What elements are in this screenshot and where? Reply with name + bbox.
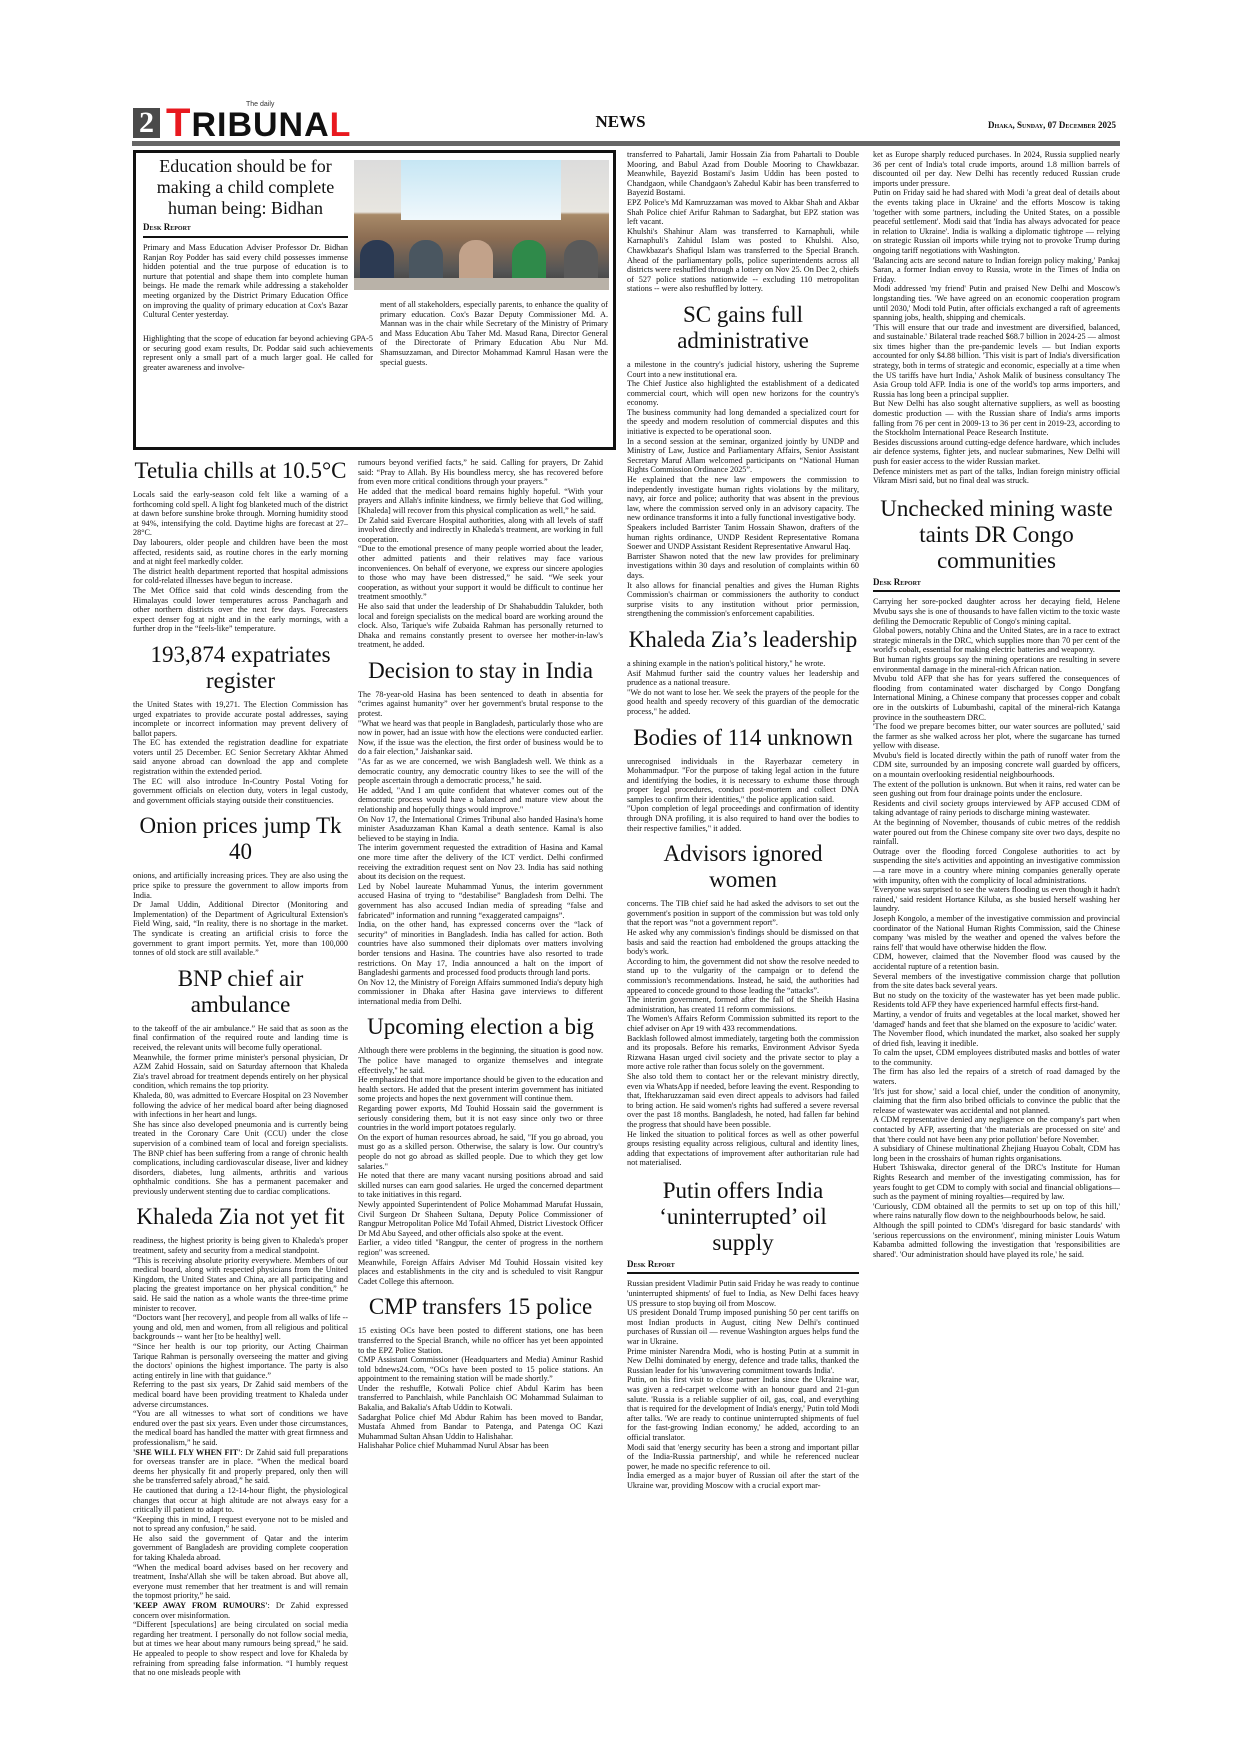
- headline: Advisors ignored women: [627, 841, 859, 893]
- headline: Education should be for making a child c…: [143, 156, 348, 219]
- lead-story-p3: ment of all stakeholders, especially par…: [380, 300, 608, 367]
- article-election: Although there were problems in the begi…: [358, 1046, 603, 1286]
- article-putin: Russian president Vladimir Putin said Fr…: [627, 1279, 859, 1490]
- lead-photo: [354, 160, 609, 290]
- column-3: transferred to Pahartali, Jamir Hossain …: [627, 150, 859, 1491]
- article-advisors: concerns. The TIB chief said he had aske…: [627, 899, 859, 1168]
- article-khaleda-fit: readiness, the highest priority is being…: [133, 1236, 348, 1677]
- article-onion: onions, and artificially increasing pric…: [133, 871, 348, 957]
- header-rule: [132, 141, 1120, 146]
- column-2: rumours beyond verified facts,” he said.…: [358, 458, 603, 1451]
- article-india: The 78-year-old Hasina has been sentence…: [358, 690, 603, 1007]
- newspaper-page: 2 The daily TRIBUNAL NEWS Dhaka, Sunday,…: [0, 0, 1241, 1754]
- article-tetulia: Locals said the early-season cold felt l…: [133, 490, 348, 634]
- headline: Khaleda Zia not yet fit: [133, 1204, 348, 1230]
- byline: Desk Report: [873, 578, 1120, 593]
- article-putin-continued: ket as Europe sharply reduced purchases.…: [873, 150, 1120, 486]
- headline: Unchecked mining waste taints DR Congo c…: [873, 496, 1120, 574]
- subhead: 'KEEP AWAY FROM RUMOURS': [133, 1601, 268, 1610]
- headline: Tetulia chills at 10.5°C: [133, 458, 348, 484]
- headline: BNP chief air ambulance: [133, 966, 348, 1018]
- article-cmp-continued: transferred to Pahartali, Jamir Hossain …: [627, 150, 859, 294]
- headline: Decision to stay in India: [358, 658, 603, 684]
- headline: Onion prices jump Tk 40: [133, 813, 348, 865]
- article-bnp: to the takeoff of the air ambulance.” He…: [133, 1024, 348, 1197]
- headline: SC gains full administrative: [627, 302, 859, 354]
- byline: Desk Report: [627, 1260, 859, 1275]
- article-sc: a milestone in the country's judicial hi…: [627, 360, 859, 619]
- headline: Upcoming election a big: [358, 1014, 603, 1040]
- subhead: 'SHE WILL FLY WHEN FIT': [133, 1448, 240, 1457]
- headline: Khaleda Zia’s leadership: [627, 627, 859, 653]
- lead-story-p1: Primary and Mass Education Adviser Profe…: [143, 243, 348, 320]
- lead-story-p2: Highlighting that the scope of education…: [143, 334, 373, 372]
- column-1: Tetulia chills at 10.5°C Locals said the…: [133, 458, 348, 1678]
- byline: Desk Report: [143, 223, 348, 238]
- dateline: Dhaka, Sunday, 07 December 2025: [988, 120, 1116, 130]
- lead-story-left: Education should be for making a child c…: [143, 156, 348, 243]
- article-congo: Carrying her sore-pocked daughter across…: [873, 597, 1120, 1259]
- headline: Putin offers India ‘uninterrupted’ oil s…: [627, 1178, 859, 1256]
- article-cmp: 15 existing OCs have been posted to diff…: [358, 1326, 603, 1451]
- event-banner: [401, 160, 561, 220]
- article-leadership: a shining example in the nation's politi…: [627, 659, 859, 717]
- article-bodies: unrecognised individuals in the Rayerbaz…: [627, 757, 859, 834]
- article-khaleda-continued: rumours beyond verified facts,” he said.…: [358, 458, 603, 650]
- column-4: ket as Europe sharply reduced purchases.…: [873, 150, 1120, 1259]
- headline: 193,874 expatriates register: [133, 642, 348, 694]
- article-expatriates: the United States with 19,271. The Elect…: [133, 700, 348, 806]
- headline: Bodies of 114 unknown: [627, 725, 859, 751]
- headline: CMP transfers 15 police: [358, 1294, 603, 1320]
